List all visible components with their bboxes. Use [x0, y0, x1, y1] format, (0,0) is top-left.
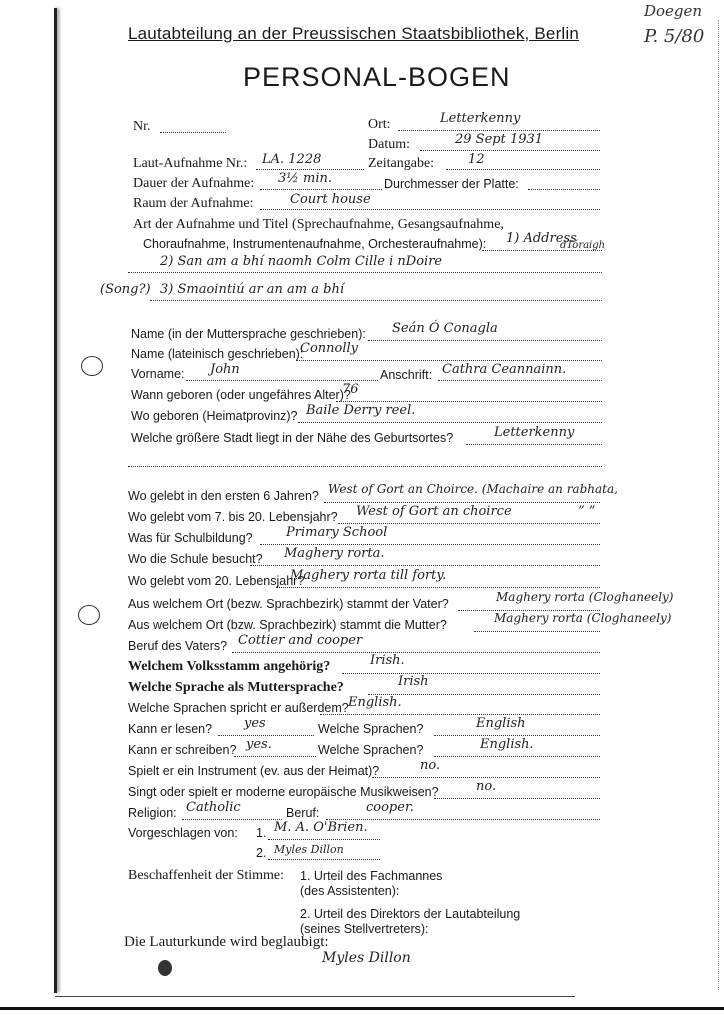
- ort-field[interactable]: [398, 130, 600, 131]
- name-mutter-value: Seán Ó Conagla: [392, 321, 498, 336]
- sprachen-ausserdem-value: English.: [348, 695, 402, 710]
- schreiben-sprachen-value: English.: [480, 737, 534, 752]
- art-item-2: 2) San am a bhí naomh Colm Cille i nDoir…: [160, 254, 442, 269]
- ort-value: Letterkenny: [440, 111, 520, 126]
- zeitangabe-value: 12: [468, 152, 485, 167]
- laut-aufnahme-label: Laut-Aufnahme Nr.:: [133, 156, 247, 172]
- ab-20-value: Maghery rorta till forty.: [290, 568, 446, 583]
- religion-label: Religion:: [128, 806, 177, 820]
- vorname-label: Vorname:: [131, 367, 185, 381]
- vorgeschlagen-value-2: Myles Dillon: [274, 843, 344, 856]
- nr-label: Nr.: [133, 119, 151, 135]
- vater-ort-label: Aus welchem Ort (bezw. Sprachbezirk) sta…: [128, 597, 449, 611]
- urteil-1-line2: (des Assistenten):: [300, 884, 399, 898]
- beruf-vater-value: Cottier and cooper: [238, 633, 362, 648]
- stadt-value: Letterkenny: [494, 425, 574, 440]
- dauer-label: Dauer der Aufnahme:: [133, 176, 254, 192]
- signature: Myles Dillon: [322, 950, 411, 966]
- religion-field[interactable]: [182, 819, 282, 820]
- institution-header: Lautabteilung an der Preussischen Staats…: [128, 24, 579, 44]
- schule-field[interactable]: [250, 565, 600, 566]
- stadt-label: Welche größere Stadt liegt in der Nähe d…: [131, 431, 453, 445]
- ink-blot-icon: [158, 960, 172, 976]
- erste-6-label: Wo gelebt in den ersten 6 Jahren?: [128, 489, 319, 503]
- schreiben-field[interactable]: [234, 756, 316, 757]
- erste-6-value: West of Gort an Choirce. (Machaire an ra…: [328, 482, 618, 496]
- jahr-7-20-value: West of Gort an choirce: [356, 504, 512, 519]
- muttersprache-value: Irish: [398, 674, 429, 689]
- volksstamm-label: Welchem Volksstamm angehörig?: [128, 659, 330, 675]
- geboren-wo-value: Baile Derry reel.: [306, 403, 415, 418]
- erste-6-field[interactable]: [324, 502, 600, 503]
- lesen-field[interactable]: [218, 735, 314, 736]
- musik-label: Singt oder spielt er moderne europäische…: [128, 785, 439, 799]
- jahr-7-20-ditto: ” ”: [578, 504, 595, 519]
- name-latein-value: Connolly: [300, 341, 358, 356]
- schule-value: Maghery rorta.: [284, 546, 385, 561]
- beruf-vater-label: Beruf des Vaters?: [128, 639, 227, 653]
- vorgeschlagen-field-2[interactable]: [268, 859, 380, 860]
- vorgeschlagen-field-1[interactable]: [268, 839, 380, 840]
- name-mutter-field[interactable]: [368, 340, 602, 341]
- datum-label: Datum:: [368, 137, 410, 153]
- zeitangabe-field[interactable]: [446, 169, 600, 170]
- laut-aufnahme-field[interactable]: [256, 169, 364, 170]
- raum-value: Court house: [290, 192, 371, 207]
- art-field-2[interactable]: [128, 272, 602, 273]
- punch-hole-icon: [81, 356, 103, 376]
- geboren-wo-field[interactable]: [298, 422, 602, 423]
- durchmesser-field[interactable]: [528, 189, 600, 190]
- lesen-sprachen-field[interactable]: [434, 735, 600, 736]
- ab-20-field[interactable]: [276, 587, 600, 588]
- musik-field[interactable]: [434, 798, 600, 799]
- page-bottom-rule: [55, 996, 575, 997]
- dauer-field[interactable]: [260, 189, 382, 190]
- datum-field[interactable]: [420, 150, 600, 151]
- volksstamm-value: Irish.: [370, 653, 405, 668]
- beruf-label: Beruf:: [286, 806, 319, 820]
- urteil-1-line1: 1. Urteil des Fachmannes: [300, 869, 442, 883]
- urteil-2-line1: 2. Urteil des Direktors der Lautabteilun…: [300, 907, 520, 921]
- vorname-value: John: [210, 362, 240, 377]
- lesen-sprachen-value: English: [476, 716, 526, 731]
- instrument-field[interactable]: [372, 777, 600, 778]
- schreiben-sprachen-label: Welche Sprachen?: [318, 743, 423, 757]
- art-item-3-prefix: (Song?): [100, 282, 151, 297]
- mutter-ort-field[interactable]: [474, 631, 600, 632]
- vater-ort-value: Maghery rorta (Cloghaneely): [496, 590, 674, 604]
- zeitangabe-label: Zeitangabe:: [368, 156, 434, 172]
- vorname-field[interactable]: [186, 380, 378, 381]
- stimme-label: Beschaffenheit der Stimme:: [128, 868, 284, 884]
- anschrift-label: Anschrift:: [380, 368, 432, 382]
- muttersprache-label: Welche Sprache als Muttersprache?: [128, 680, 344, 696]
- sprachen-ausserdem-label: Welche Sprachen spricht er außerdem?: [128, 701, 349, 715]
- raum-field[interactable]: [260, 209, 600, 210]
- jahr-7-20-field[interactable]: [338, 523, 600, 524]
- name-latein-label: Name (lateinisch geschrieben):: [131, 347, 303, 361]
- raum-label: Raum der Aufnahme:: [133, 196, 254, 212]
- schulbildung-label: Was für Schulbildung?: [128, 531, 253, 545]
- ab-20-label: Wo gelebt vom 20. Lebensjahr?: [128, 574, 304, 588]
- mutter-ort-value: Maghery rorta (Cloghaneely): [494, 611, 672, 625]
- beruf-vater-field[interactable]: [232, 652, 600, 653]
- durchmesser-label: Durchmesser der Platte:: [384, 177, 519, 191]
- page-right-edge: [718, 20, 720, 990]
- ort-label: Ort:: [368, 117, 391, 133]
- geboren-wann-field[interactable]: [336, 401, 602, 402]
- datum-value: 29 Sept 1931: [455, 132, 543, 147]
- vorgeschlagen-number-1: 1.: [256, 826, 266, 840]
- art-label-line2: Choraufnahme, Instrumentenaufnahme, Orch…: [143, 237, 486, 251]
- sprachen-ausserdem-field[interactable]: [320, 714, 600, 715]
- schreiben-sprachen-field[interactable]: [434, 756, 600, 757]
- page-bottom-edge: [0, 1007, 724, 1010]
- punch-hole-icon: [78, 605, 100, 625]
- jahr-7-20-label: Wo gelebt vom 7. bis 20. Lebensjahr?: [128, 510, 338, 524]
- instrument-label: Spielt er ein Instrument (ev. aus der He…: [128, 764, 379, 778]
- anschrift-value: Cathra Ceannainn.: [442, 362, 566, 377]
- beglaubigt-label: Die Lauturkunde wird beglaubigt:: [124, 934, 329, 951]
- geboren-wann-value: 76: [342, 382, 359, 397]
- dauer-value: 3½ min.: [278, 171, 332, 186]
- volksstamm-field[interactable]: [342, 673, 600, 674]
- art-label-line1: Art der Aufnahme und Titel (Sprechaufnah…: [133, 217, 504, 233]
- schreiben-value: yes.: [246, 737, 272, 752]
- vorgeschlagen-number-2: 2.: [256, 846, 266, 860]
- archive-note: Doegen: [644, 2, 702, 20]
- schulbildung-value: Primary School: [286, 525, 387, 540]
- muttersprache-field[interactable]: [368, 694, 600, 695]
- form-title: PERSONAL-BOGEN: [243, 62, 511, 93]
- stadt-field-extra[interactable]: [128, 466, 602, 467]
- schule-label: Wo die Schule besucht?: [128, 552, 263, 566]
- instrument-value: no.: [420, 758, 440, 773]
- name-mutter-label: Name (in der Muttersprache geschrieben):: [131, 327, 366, 341]
- schulbildung-field[interactable]: [260, 544, 600, 545]
- art-item-2-correction: dTóraigh: [560, 240, 605, 251]
- geboren-wann-label: Wann geboren (oder ungefähres Alter)?: [131, 388, 351, 402]
- lesen-label: Kann er lesen?: [128, 722, 212, 736]
- stadt-field[interactable]: [466, 444, 602, 445]
- vorgeschlagen-label: Vorgeschlagen von:: [128, 826, 238, 840]
- lesen-value: yes: [244, 716, 266, 731]
- geboren-wo-label: Wo geboren (Heimatprovinz)?: [131, 409, 298, 423]
- mutter-ort-label: Aus welchem Ort (bzw. Sprachbezirk) stam…: [128, 618, 447, 632]
- laut-aufnahme-value: LA. 1228: [262, 152, 321, 167]
- anschrift-field[interactable]: [438, 380, 602, 381]
- schreiben-label: Kann er schreiben?: [128, 743, 236, 757]
- beruf-value: cooper.: [366, 800, 414, 815]
- page-left-edge: [54, 8, 57, 993]
- art-field-3[interactable]: [150, 300, 602, 301]
- musik-value: no.: [476, 779, 496, 794]
- lesen-sprachen-label: Welche Sprachen?: [318, 722, 423, 736]
- nr-field[interactable]: [160, 132, 226, 133]
- archive-number: P. 5/80: [644, 26, 704, 47]
- vorgeschlagen-value-1: M. A. O'Brien.: [274, 820, 368, 835]
- name-latein-field[interactable]: [296, 360, 602, 361]
- religion-value: Catholic: [186, 800, 241, 815]
- art-item-3: 3) Smaointiú ar an am a bhí: [160, 282, 344, 297]
